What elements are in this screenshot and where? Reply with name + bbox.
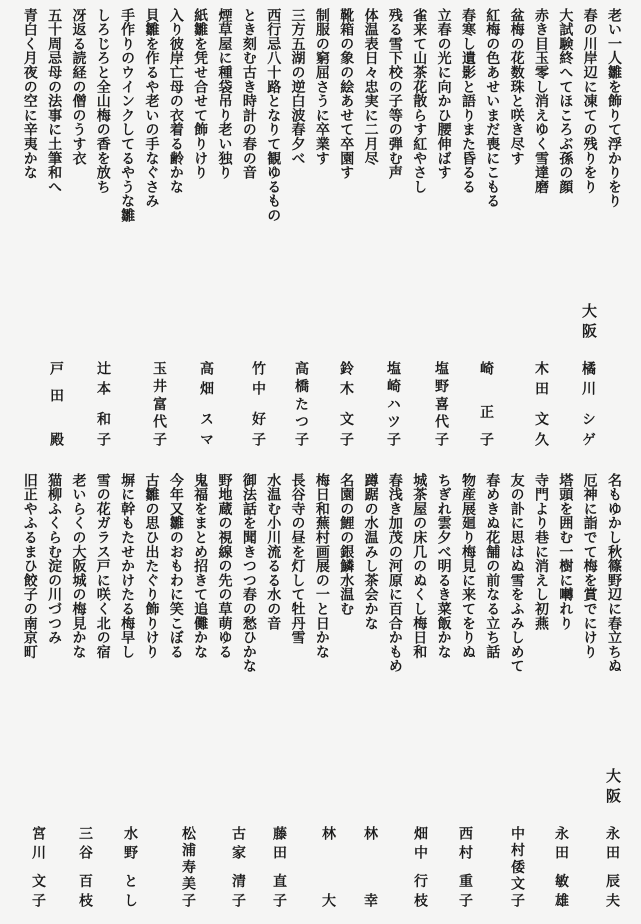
poem-column: 野地蔵の視線の先の草萌ゆる <box>211 473 235 715</box>
poem-column: 塀に幹もたせかけたる梅早し <box>114 473 138 715</box>
poems-block: 名もゆかし秋篠野辺に春立ちぬ厄神に詣でて梅を賞でにけり塔頭を囲む一樹に囀れり寺門… <box>16 473 625 715</box>
haiku-section-bottom: 名もゆかし秋篠野辺に春立ちぬ厄神に詣でて梅を賞でにけり塔頭を囲む一樹に囀れり寺門… <box>0 462 641 924</box>
author-name-column: 辻本 和子 <box>94 361 111 446</box>
poem-column: とき刻む古き時計の春の音 <box>236 8 260 250</box>
author-name-column: 三谷 百枝 <box>76 826 93 907</box>
poem-column: 煙草屋に種袋吊り老い独り <box>211 8 235 250</box>
poem-column: 盆梅の花数珠と咲き尽す <box>503 8 527 250</box>
poem-column: 旧正やふるまひ餃子の南京町 <box>16 473 40 715</box>
author-name-column: 永田 辰夫 <box>603 826 620 907</box>
poem-column: 三方五湖の逆白波春夕べ <box>284 8 308 250</box>
author-name-column: 高橋たつ子 <box>292 361 309 446</box>
poem-column: 名もゆかし秋篠野辺に春立ちぬ <box>601 473 625 715</box>
author-name-column: 戸田 殿 <box>47 361 64 446</box>
poem-column: 立春の光に向かひ腰伸ばす <box>430 8 454 250</box>
poem-column: ちぎれ雲夕べ明るき菜飯かな <box>430 473 454 715</box>
author-name-column: 橘川 シゲ <box>579 361 596 446</box>
poem-column: 水温む小川流るる水の音 <box>260 473 284 715</box>
author-name-column: 玉井富代子 <box>150 361 167 446</box>
poem-column: 冴返る読経の僧のうす衣 <box>65 8 89 250</box>
poem-column: 春浅き加茂の河原に百合かもめ <box>382 473 406 715</box>
poem-column: 城茶屋の床几のぬくし梅日和 <box>406 473 430 715</box>
poem-column: 長谷寺の昼を灯して牡丹雪 <box>284 473 308 715</box>
author-name-column: 塩野喜代子 <box>432 361 449 446</box>
poem-column: 残る雪下校の子等の弾む声 <box>382 8 406 250</box>
author-name-column: 永田 敏雄 <box>552 826 569 907</box>
poem-column: 蹲踞の水温みし茶会かな <box>357 473 381 715</box>
poem-column: 西行忌八十路となりて観ゆるもの <box>260 8 284 250</box>
author-name-column: 古家 清子 <box>229 826 246 907</box>
poem-column: しろじろと全山梅の香を放ち <box>89 8 113 250</box>
poem-column: 春めきぬ花舗の前なる立ち話 <box>479 473 503 715</box>
author-name-column: 藤田 直子 <box>270 826 287 907</box>
poem-column: 赤き目玉零し消えゆく雪達磨 <box>528 8 552 250</box>
poem-column: 紙雛を凭せ合せて飾りけり <box>187 8 211 250</box>
poem-column: 靴箱の象の絵あせて卒園す <box>333 8 357 250</box>
poem-column: 大試験終へてほころぶ孫の顔 <box>552 8 576 250</box>
poem-column: 手作りのウインクしてるやうな雛 <box>114 8 138 250</box>
author-name-column: 崎 正子 <box>477 361 494 446</box>
author-name-column: 鈴木 文子 <box>337 361 354 446</box>
poem-column: 春寒し遺影と語りまた昏るる <box>455 8 479 250</box>
region-label: 大阪 <box>579 303 597 343</box>
poem-column: 古雛の思ひ出たぐり飾りけり <box>138 473 162 715</box>
poems-block: 老い一人雛を飾りて浮かりをり春の川岸辺に凍ての残りをり大試験終へてほころぶ孫の顔… <box>16 8 625 250</box>
poem-column: 名園の鯉の銀鱗水温む <box>333 473 357 715</box>
haiku-section-top: 老い一人雛を飾りて浮かりをり春の川岸辺に凍ての残りをり大試験終へてほころぶ孫の顔… <box>0 0 641 462</box>
poem-column: 入り彼岸亡母の衣着る齢かな <box>162 8 186 250</box>
poem-column: 今年又雛のおもわに笑こぼる <box>162 473 186 715</box>
haiku-column-page: 老い一人雛を飾りて浮かりをり春の川岸辺に凍ての残りをり大試験終へてほころぶ孫の顔… <box>0 0 641 924</box>
poem-column: 雪の花ガラス戸に咲く北の宿 <box>89 473 113 715</box>
poem-column: 友の訃に思はぬ雪をふみしめて <box>503 473 527 715</box>
poem-column: 厄神に詣でて梅を賞でにけり <box>576 473 600 715</box>
poem-column: 猫柳ふくらむ淀の川づつみ <box>41 473 65 715</box>
poem-column: 雀来て山茶花散らす紅やさし <box>406 8 430 250</box>
author-name-column: 中村倭文子 <box>508 826 525 907</box>
author-name-column: 林 大 <box>319 826 336 907</box>
poem-column: 紅梅の色あせいまだ喪にこもる <box>479 8 503 250</box>
poem-column: 塔頭を囲む一樹に囀れり <box>552 473 576 715</box>
author-name-column: 畑中 行枝 <box>411 826 428 907</box>
author-name-column: 林 幸 <box>361 826 378 907</box>
poem-column: 老いらくの大阪城の梅見かな <box>65 473 89 715</box>
poem-column: 体温表日々忠実に二月尽 <box>357 8 381 250</box>
region-label: 大阪 <box>603 768 621 808</box>
poem-column: 鬼福をまとめ招きて追儺かな <box>187 473 211 715</box>
author-name-column: 西村 重子 <box>456 826 473 907</box>
author-name-column: 松浦寿美子 <box>179 826 196 907</box>
poem-column: 五十周忌母の法事に土筆和へ <box>41 8 65 250</box>
poem-column: 寺門より巷に消えし初燕 <box>528 473 552 715</box>
author-name-column: 塩崎ハツ子 <box>384 361 401 446</box>
poem-column: 梅日和蕪村画展の一と日かな <box>309 473 333 715</box>
author-name-column: 宮川 文子 <box>29 826 46 907</box>
poem-column: 制服の窮屈さうに卒業す <box>309 8 333 250</box>
poem-column: 老い一人雛を飾りて浮かりをり <box>601 8 625 250</box>
poem-column: 御法話を聞きつつ春の愁ひかな <box>236 473 260 715</box>
poem-column: 春の川岸辺に凍ての残りをり <box>576 8 600 250</box>
poem-column: 物産展廻り梅見に来てをりぬ <box>455 473 479 715</box>
poem-column: 貝雛を作るや老いの手なぐさみ <box>138 8 162 250</box>
author-name-column: 水野 とし <box>121 826 138 907</box>
author-name-column: 木田 文久 <box>532 361 549 446</box>
poem-column: 青白く月夜の空に辛夷かな <box>16 8 40 250</box>
author-name-column: 竹中 好子 <box>249 361 266 446</box>
author-name-column: 高畑 スマ <box>197 361 214 446</box>
